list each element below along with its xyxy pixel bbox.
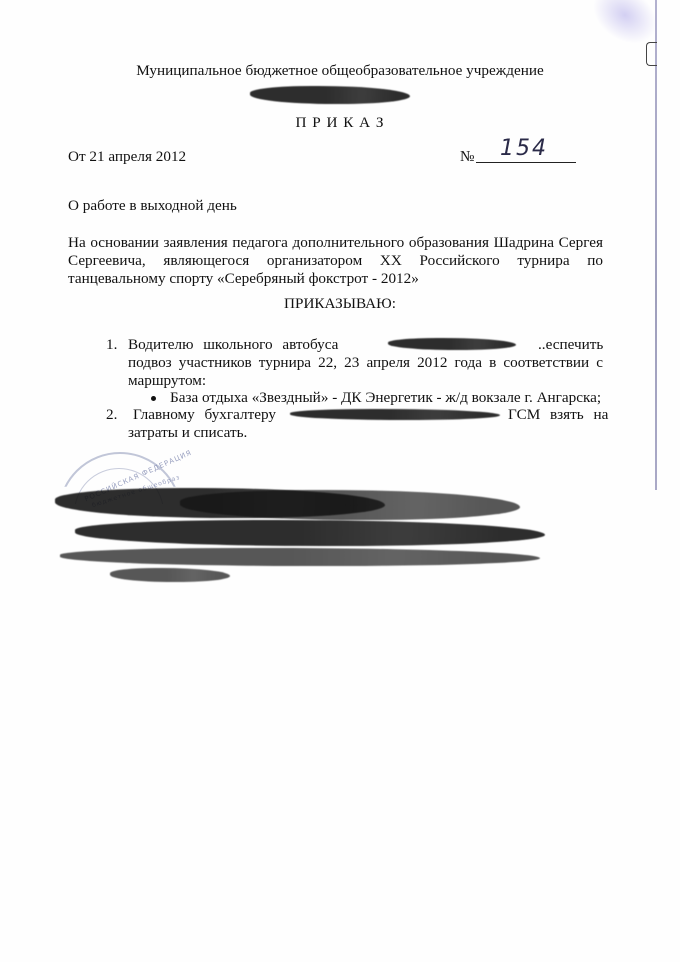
organization-line: Муниципальное бюджетное общеобразователь…	[0, 62, 680, 80]
redacted-signature-line-4	[110, 568, 230, 582]
scanned-document-page: Муниципальное бюджетное общеобразователь…	[0, 0, 680, 962]
redacted-signature-line-3	[60, 548, 540, 566]
preamble-line-3: танцевальному спорту «Серебряный фокстро…	[68, 270, 419, 288]
item-2-line-1-start: Главному бухгалтеру	[133, 406, 276, 424]
number-label: №	[460, 148, 475, 166]
document-subject: О работе в выходной день	[68, 197, 237, 215]
item-2-line-2: затраты и списать.	[128, 424, 247, 442]
item-1-line-1-end: ..еспечить	[538, 336, 603, 354]
preamble-line-2: Сергеевича, являющегося организатором XX…	[68, 252, 603, 270]
item-1-line-3: маршрутом:	[128, 372, 206, 390]
item-1-number: 1.	[106, 336, 117, 354]
bullet-icon	[151, 396, 156, 401]
order-heading: ПРИКАЗЫВАЮ:	[0, 295, 680, 313]
item-1-route: База отдыха «Звездный» - ДК Энергетик - …	[170, 389, 601, 407]
redacted-accountant-name	[290, 409, 500, 420]
document-title: П Р И К А З	[0, 114, 680, 132]
redacted-organization-name	[250, 86, 410, 104]
item-2-line-1-end: ГСМ взять на	[508, 406, 608, 424]
item-1-line-1-start: Водителю школьного автобуса	[128, 336, 338, 354]
document-number: 154	[500, 136, 548, 161]
document-date: От 21 апреля 2012	[68, 148, 186, 166]
redacted-signature-line-2	[75, 520, 545, 546]
item-2-number: 2.	[106, 406, 117, 424]
preamble-line-1: На основании заявления педагога дополнит…	[68, 234, 603, 252]
item-1-line-2: подвоз участников турнира 22, 23 апреля …	[128, 354, 603, 372]
redacted-driver-name	[388, 338, 516, 350]
